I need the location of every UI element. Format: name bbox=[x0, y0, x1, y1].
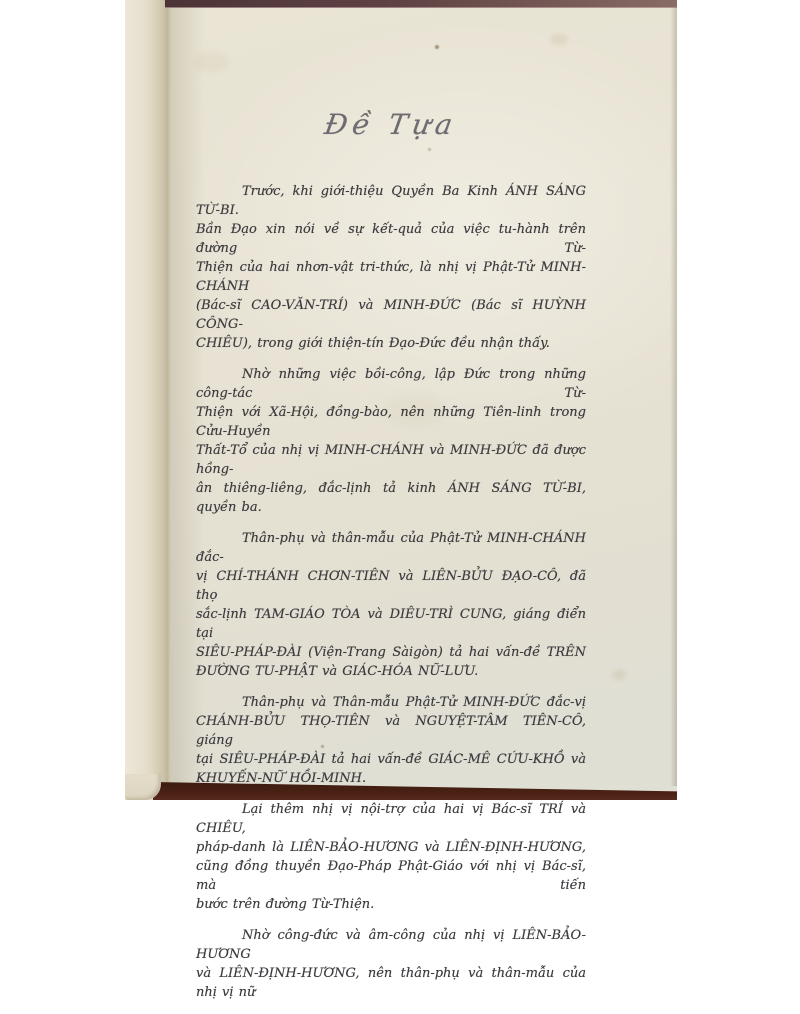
text-line: Thiện với Xã-Hội, đồng-bào, nên những Ti… bbox=[196, 403, 586, 441]
paragraph: Thân-phụ và thân-mẫu của Phật-Tử MINH-CH… bbox=[196, 529, 586, 681]
text-line: Thất-Tổ của nhị vị MINH-CHÁNH và MINH-ĐỨ… bbox=[196, 441, 586, 479]
text-line: SIÊU-PHÁP-ĐÀI (Viện-Trang Sàigòn) tả hai… bbox=[196, 643, 586, 662]
paragraph: Trước, khi giới-thiệu Quyền Ba Kinh ÁNH … bbox=[196, 182, 586, 353]
text-line: CHIÊU), trong giới thiện-tín Đạo-Đức đều… bbox=[196, 334, 586, 353]
paragraph: Nhờ những việc bồi-công, lập Đức trong n… bbox=[196, 365, 586, 517]
text-line: vị CHÍ-THÁNH CHƠN-TIÊN và LIÊN-BỬU ĐẠO-C… bbox=[196, 567, 586, 605]
text-line: (Bác-sĩ CAO-VĂN-TRÍ) và MINH-ĐỨC (Bác sĩ… bbox=[196, 296, 586, 334]
text-line: Thân-phụ và thân-mẫu của Phật-Tử MINH-CH… bbox=[196, 529, 586, 567]
text-line: Bần Đạo xin nói về sự kết-quả của việc t… bbox=[196, 220, 586, 258]
text-line: Thân-phụ và Thân-mẫu Phật-Tử MINH-ĐỨC đắ… bbox=[196, 693, 586, 712]
page-title: Đề Tựa bbox=[193, 108, 588, 141]
page-gutter-edges bbox=[125, 0, 171, 800]
text-line: Trước, khi giới-thiệu Quyền Ba Kinh ÁNH … bbox=[196, 182, 586, 220]
text-line: ĐƯỜNG TU-PHẬT và GIÁC-HÓA NỮ-LƯU. bbox=[196, 662, 586, 681]
book-page-photo: Đề Tựa Trước, khi giới-thiệu Quyền Ba Ki… bbox=[125, 0, 677, 800]
text-line: Nhờ những việc bồi-công, lập Đức trong n… bbox=[196, 365, 586, 403]
text-line: CHÁNH-BỬU THỌ-TIÊN và NGUYỆT-TÂM TIÊN-CÔ… bbox=[196, 712, 586, 750]
text-line: Thiện của hai nhơn-vật tri-thức, là nhị … bbox=[196, 258, 586, 296]
text-line: ân thiêng-liêng, đắc-lịnh tả kinh ÁNH SÁ… bbox=[196, 479, 586, 517]
text-line: sắc-lịnh TAM-GIÁO TÒA và DIÊU-TRÌ CUNG, … bbox=[196, 605, 586, 643]
page-right-edge bbox=[670, 7, 677, 786]
stain bbox=[428, 148, 431, 151]
page-text: Trước, khi giới-thiệu Quyền Ba Kinh ÁNH … bbox=[196, 182, 586, 800]
book-cover-top-edge bbox=[165, 0, 677, 8]
stain bbox=[435, 45, 439, 49]
stain bbox=[612, 670, 626, 680]
paragraph: Thân-phụ và Thân-mẫu Phật-Tử MINH-ĐỨC đắ… bbox=[196, 693, 586, 788]
stain bbox=[550, 34, 568, 45]
text-line: tại SIÊU-PHÁP-ĐÀI tả hai vấn-đề GIÁC-MÊ … bbox=[196, 750, 586, 769]
